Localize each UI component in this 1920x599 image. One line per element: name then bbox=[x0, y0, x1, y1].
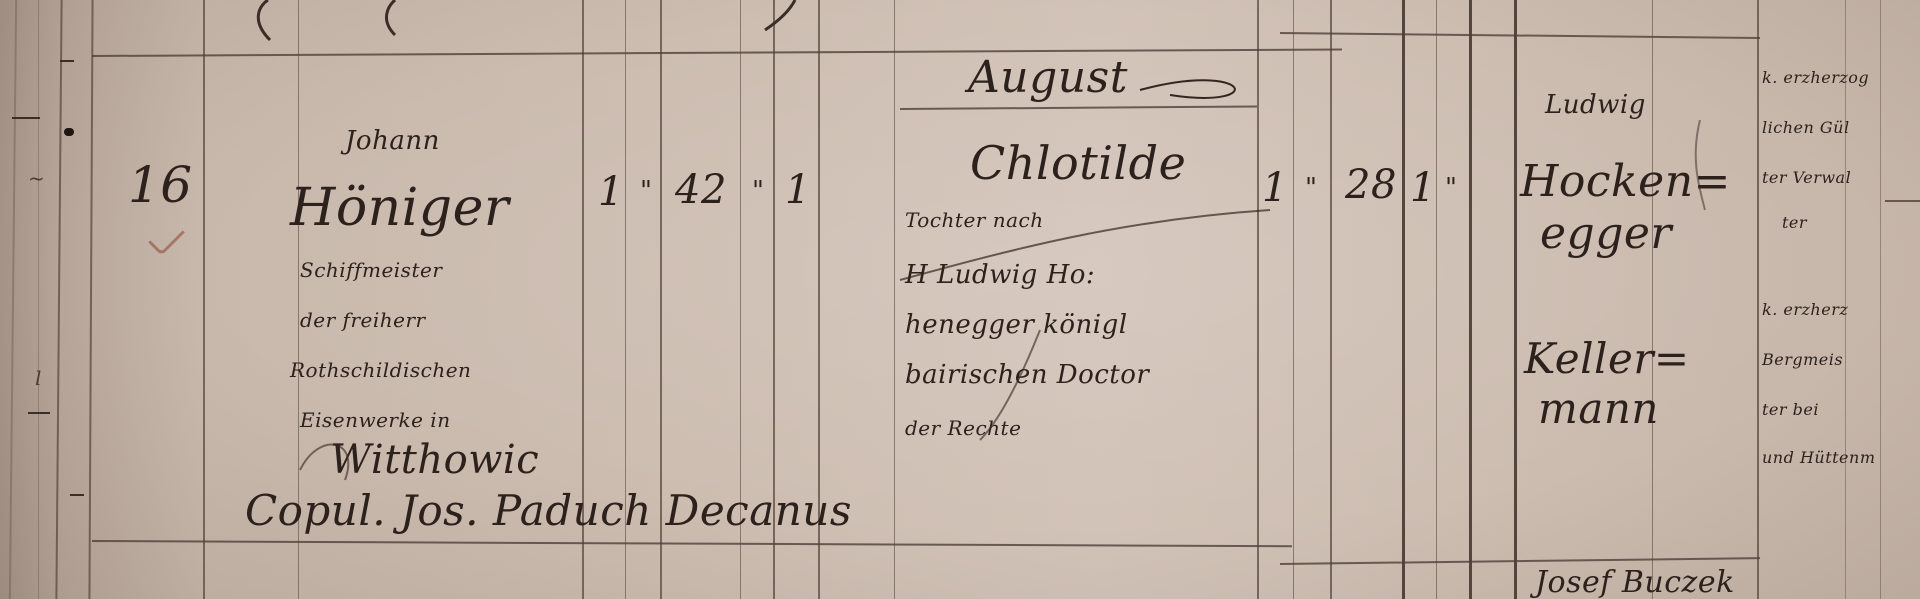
witness-surname-line: mann bbox=[1538, 388, 1659, 430]
column-rule bbox=[1757, 0, 1759, 599]
margin-tick bbox=[60, 60, 74, 62]
groom-occupation-line: der freiherr bbox=[300, 310, 426, 330]
officiant-line: Copul. Jos. Paduch Decanus bbox=[245, 490, 852, 532]
bride-ditto: " bbox=[1445, 175, 1457, 201]
margin-mark: ~ bbox=[28, 168, 45, 188]
groom-single-mark: 1 bbox=[785, 170, 811, 210]
column-rule bbox=[1470, 0, 1472, 599]
margin-tick bbox=[70, 494, 84, 496]
margin-rule bbox=[88, 0, 93, 599]
margin-rule bbox=[38, 0, 39, 599]
margin-rule bbox=[9, 0, 17, 599]
witness-surname-line: Hocken= bbox=[1520, 160, 1731, 204]
margin-mark: l bbox=[35, 368, 42, 388]
witness-surname-line: egger bbox=[1540, 212, 1672, 256]
bride-single-mark: 1 bbox=[1410, 168, 1436, 208]
bride-description-line: der Rechte bbox=[905, 418, 1021, 438]
witness-note-line: k. erzherzog bbox=[1762, 70, 1869, 86]
column-rule bbox=[1514, 0, 1517, 599]
column-rule bbox=[203, 0, 205, 599]
witness-note-line: und Hüttenm bbox=[1762, 450, 1876, 466]
groom-ditto: " bbox=[752, 178, 764, 204]
groom-given-name: Johann bbox=[345, 128, 440, 154]
groom-age: 42 bbox=[675, 170, 727, 210]
column-rule bbox=[1880, 0, 1881, 599]
margin-tick bbox=[28, 412, 50, 414]
row-rule-fragment bbox=[1885, 200, 1920, 202]
column-rule bbox=[1257, 0, 1259, 599]
margin-tick bbox=[12, 117, 40, 119]
column-rule bbox=[1436, 0, 1437, 599]
witness-surname-line: Keller= bbox=[1524, 338, 1690, 380]
bride-catholic-mark: 1 bbox=[1262, 168, 1288, 208]
witness-note-line: ter bei bbox=[1762, 402, 1819, 418]
red-check-mark bbox=[148, 219, 185, 256]
row-rule-bottom bbox=[92, 540, 1292, 547]
bride-description-line: bairischen Doctor bbox=[905, 362, 1149, 388]
groom-catholic-mark: 1 bbox=[598, 172, 624, 212]
witness-given-name: Ludwig bbox=[1545, 92, 1646, 118]
column-rule bbox=[1402, 0, 1405, 599]
column-rule bbox=[894, 0, 895, 599]
groom-occupation-line: Rothschildischen bbox=[290, 360, 471, 380]
bride-month-header: August bbox=[968, 56, 1128, 100]
column-rule bbox=[1293, 0, 1294, 599]
bride-description-line: H Ludwig Ho: bbox=[905, 262, 1095, 288]
witness-note-line: ter Verwal bbox=[1762, 170, 1851, 186]
column-rule bbox=[1652, 0, 1653, 599]
margin-rule bbox=[55, 0, 62, 599]
groom-occupation-line: Schiffmeister bbox=[300, 260, 442, 280]
bride-description-line: henegger königl bbox=[905, 312, 1128, 338]
bride-description-line: Tochter nach bbox=[905, 210, 1044, 230]
witness-note-line: Bergmeis bbox=[1762, 352, 1843, 368]
groom-surname: Höniger bbox=[290, 182, 509, 234]
bride-ditto: " bbox=[1305, 175, 1317, 201]
previous-entry-strokes bbox=[0, 0, 1920, 60]
bride-given-name: Chlotilde bbox=[970, 140, 1186, 186]
column-rule bbox=[1330, 0, 1332, 599]
ink-blot bbox=[64, 128, 74, 136]
next-entry-witness-fragment: Josef Buczek bbox=[1535, 568, 1735, 598]
witness-note-line: k. erzherz bbox=[1762, 302, 1848, 318]
witness-note-line: lichen Gül bbox=[1762, 120, 1850, 136]
groom-ditto: " bbox=[640, 178, 652, 204]
month-box-divider bbox=[900, 106, 1257, 110]
groom-occupation-line: Eisenwerke in bbox=[300, 410, 451, 430]
witness-note-line: ter bbox=[1782, 215, 1807, 231]
row-rule-bottom bbox=[1280, 557, 1760, 565]
groom-residence: Witthowic bbox=[330, 440, 539, 480]
bride-age: 28 bbox=[1345, 165, 1397, 205]
entry-number: 16 bbox=[128, 160, 193, 210]
